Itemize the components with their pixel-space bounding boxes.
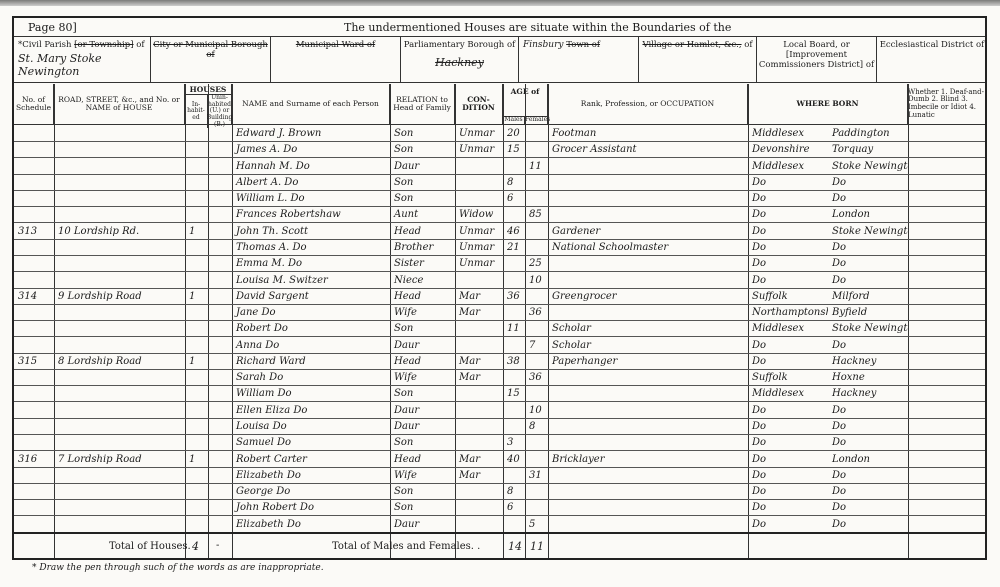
scan-edge (0, 0, 1000, 6)
cell-road: 10 Lordship Rd. (54, 223, 185, 240)
cell-inhab (185, 206, 208, 223)
table-row: Emma M. DoSisterUnmar25DoDo (14, 255, 985, 272)
cell-name: Elizabeth Do (232, 467, 390, 484)
divider (14, 82, 985, 83)
cell-county: Do (748, 190, 828, 207)
cell-schedule (14, 141, 54, 158)
table-row: Elizabeth DoDaur5DoDo (14, 516, 985, 533)
cell-relation: Head (390, 288, 455, 305)
cell-place: London (828, 206, 908, 223)
parliamentary-borough-cell: Parliamentary Borough of Hackney (401, 37, 519, 82)
cell-condition (455, 385, 503, 402)
cell-schedule (14, 125, 54, 142)
cell-male: 6 (503, 190, 525, 207)
persons-total-label: Total of Males and Females. . (332, 541, 480, 552)
census-page: Page 80] The undermentioned Houses are s… (12, 16, 987, 560)
table-row: Anna DoDaur7ScholarDoDo (14, 337, 985, 354)
cell-road (54, 190, 185, 207)
cell-place: Milford (828, 288, 908, 305)
cell-female (525, 141, 548, 158)
cell-road (54, 239, 185, 256)
cell-female (525, 483, 548, 500)
cell-schedule (14, 483, 54, 500)
cell-female (525, 499, 548, 516)
cell-male: 15 (503, 385, 525, 402)
cell-inhab (185, 158, 208, 175)
cell-female (525, 353, 548, 370)
cell-place: Byfield (828, 304, 908, 321)
cell-road: 9 Lordship Road (54, 288, 185, 305)
cell-road: 7 Lordship Road (54, 451, 185, 468)
cell-schedule (14, 499, 54, 516)
civil-parish-cell: *Civil Parish [or Township] of St. Mary … (14, 37, 151, 82)
table-row: John Robert DoSon6DoDo (14, 499, 985, 516)
cell-condition: Mar (455, 467, 503, 484)
cell-occupation (548, 304, 748, 321)
cell-road (54, 158, 185, 175)
cell-county: Do (748, 255, 828, 272)
cell-female (525, 223, 548, 240)
cell-name: Richard Ward (232, 353, 390, 370)
cell-relation: Wife (390, 467, 455, 484)
cell-male (503, 158, 525, 175)
cell-condition: Mar (455, 288, 503, 305)
cell-place: Do (828, 418, 908, 435)
cell-inhab (185, 141, 208, 158)
cell-road: 8 Lordship Road (54, 353, 185, 370)
cell-name: Emma M. Do (232, 255, 390, 272)
cell-condition: Unmar (455, 223, 503, 240)
cell-county: Do (748, 239, 828, 256)
cell-male: 36 (503, 288, 525, 305)
town-cell: Finsbury Town of (519, 37, 639, 82)
table-row: Frances RobertshawAuntWidow85DoLondon (14, 206, 985, 223)
cell-relation: Aunt (390, 206, 455, 223)
cell-relation: Son (390, 141, 455, 158)
cell-inhab (185, 272, 208, 289)
cell-inhab (185, 337, 208, 354)
cell-occupation (548, 206, 748, 223)
cell-condition: Widow (455, 206, 503, 223)
cell-female: 36 (525, 304, 548, 321)
cell-relation: Son (390, 434, 455, 451)
cell-occupation: Footman (548, 125, 748, 142)
cell-county: Do (748, 223, 828, 240)
cell-relation: Daur (390, 402, 455, 419)
cell-county: Do (748, 451, 828, 468)
cell-road (54, 272, 185, 289)
cell-inhab (185, 516, 208, 533)
cell-female: 25 (525, 255, 548, 272)
cell-condition (455, 434, 503, 451)
cell-road (54, 516, 185, 533)
cell-schedule (14, 158, 54, 175)
cell-road (54, 304, 185, 321)
cell-county: Do (748, 337, 828, 354)
cell-road (54, 402, 185, 419)
table-row: 3167 Lordship Road1Robert CarterHeadMar4… (14, 451, 985, 468)
cell-female: 7 (525, 337, 548, 354)
cell-place: Do (828, 499, 908, 516)
cell-occupation (548, 158, 748, 175)
totals-row: Total of Houses. . 4 - Total of Males an… (14, 532, 985, 562)
census-rows: Edward J. BrownSonUnmar20FootmanMiddlese… (14, 125, 985, 532)
cell-road (54, 320, 185, 337)
cell-name: James A. Do (232, 141, 390, 158)
cell-county: Do (748, 418, 828, 435)
cell-schedule: 313 (14, 223, 54, 240)
cell-relation: Daur (390, 158, 455, 175)
cell-name: Frances Robertshaw (232, 206, 390, 223)
cell-occupation (548, 467, 748, 484)
cell-occupation (548, 385, 748, 402)
cell-female (525, 320, 548, 337)
table-row: 3158 Lordship Road1Richard WardHeadMar38… (14, 353, 985, 370)
cell-occupation (548, 434, 748, 451)
cell-place: Do (828, 516, 908, 533)
cell-condition (455, 337, 503, 354)
cell-occupation: National Schoolmaster (548, 239, 748, 256)
cell-name: Albert A. Do (232, 174, 390, 191)
cell-female: 11 (525, 158, 548, 175)
cell-condition (455, 272, 503, 289)
cell-inhab (185, 418, 208, 435)
table-row: Samuel DoSon3DoDo (14, 434, 985, 451)
cell-inhab: 1 (185, 353, 208, 370)
cell-occupation (548, 402, 748, 419)
cell-place: Stoke Newington (828, 320, 908, 337)
cell-inhab (185, 483, 208, 500)
cell-schedule (14, 190, 54, 207)
ecclesiastical-district-cell: Ecclesiastical District of (877, 37, 987, 82)
cell-place: Do (828, 190, 908, 207)
cell-female (525, 174, 548, 191)
cell-place: Do (828, 434, 908, 451)
cell-female (525, 190, 548, 207)
cell-inhab (185, 304, 208, 321)
cell-inhab (185, 369, 208, 386)
table-row: James A. DoSonUnmar15Grocer AssistantDev… (14, 141, 985, 158)
col-females: Females (525, 117, 547, 124)
cell-occupation (548, 255, 748, 272)
cell-place: Stoke Newington (828, 158, 908, 175)
cell-female (525, 239, 548, 256)
cell-relation: Son (390, 385, 455, 402)
cell-county: Middlesex (748, 125, 828, 142)
cell-place: Do (828, 272, 908, 289)
cell-county: Do (748, 516, 828, 533)
col-road: ROAD, STREET, &c., and No. or NAME of HO… (54, 84, 185, 124)
cell-county: Do (748, 499, 828, 516)
cell-occupation (548, 174, 748, 191)
cell-male: 46 (503, 223, 525, 240)
cell-condition (455, 158, 503, 175)
cell-schedule (14, 206, 54, 223)
village-cell: Village or Hamlet, &c., of (639, 37, 757, 82)
cell-inhab (185, 320, 208, 337)
civil-parish-value: St. Mary Stoke Newington (18, 52, 150, 78)
col-males: Males (503, 117, 525, 124)
table-row: Elizabeth DoWifeMar31DoDo (14, 467, 985, 484)
table-row: 3149 Lordship Road1David SargentHeadMar3… (14, 288, 985, 305)
cell-road (54, 483, 185, 500)
cell-condition (455, 516, 503, 533)
cell-relation: Wife (390, 369, 455, 386)
table-row: Thomas A. DoBrotherUnmar21National Schoo… (14, 239, 985, 256)
cell-road (54, 125, 185, 142)
cell-condition: Mar (455, 304, 503, 321)
cell-name: John Th. Scott (232, 223, 390, 240)
cell-occupation: Scholar (548, 320, 748, 337)
cell-name: Anna Do (232, 337, 390, 354)
cell-name: William Do (232, 385, 390, 402)
cell-condition (455, 402, 503, 419)
cell-place: London (828, 451, 908, 468)
cell-schedule: 314 (14, 288, 54, 305)
cell-condition (455, 499, 503, 516)
cell-inhab: 1 (185, 223, 208, 240)
cell-male: 20 (503, 125, 525, 142)
cell-schedule (14, 369, 54, 386)
cell-schedule (14, 385, 54, 402)
cell-male: 40 (503, 451, 525, 468)
cell-occupation: Paperhanger (548, 353, 748, 370)
cell-schedule (14, 516, 54, 533)
cell-occupation: Bricklayer (548, 451, 748, 468)
cell-relation: Sister (390, 255, 455, 272)
cell-occupation: Grocer Assistant (548, 141, 748, 158)
page-number: Page 80] (28, 21, 77, 34)
cell-relation: Son (390, 174, 455, 191)
cell-male: 38 (503, 353, 525, 370)
cell-male: 8 (503, 483, 525, 500)
cell-schedule: 315 (14, 353, 54, 370)
cell-male (503, 402, 525, 419)
cell-condition: Unmar (455, 255, 503, 272)
males-total: 14 (508, 540, 522, 553)
municipal-ward-cell: Municipal Ward of (271, 37, 401, 82)
cell-male (503, 467, 525, 484)
table-row: Ellen Eliza DoDaur10DoDo (14, 402, 985, 419)
cell-place: Torquay (828, 141, 908, 158)
cell-county: Middlesex (748, 158, 828, 175)
cell-female (525, 434, 548, 451)
local-board-cell: Local Board, or [Improvement Commissione… (757, 37, 877, 82)
table-row: Louisa M. SwitzerNiece10DoDo (14, 272, 985, 289)
cell-place: Do (828, 239, 908, 256)
cell-occupation (548, 483, 748, 500)
cell-place: Do (828, 467, 908, 484)
cell-place: Paddington (828, 125, 908, 142)
cell-inhab (185, 385, 208, 402)
cell-schedule (14, 272, 54, 289)
cell-occupation (548, 272, 748, 289)
cell-road (54, 337, 185, 354)
cell-female: 5 (525, 516, 548, 533)
cell-female: 10 (525, 272, 548, 289)
cell-schedule (14, 255, 54, 272)
col-schedule: No. of Schedule (14, 84, 54, 124)
cell-relation: Daur (390, 337, 455, 354)
cell-condition (455, 483, 503, 500)
cell-female: 8 (525, 418, 548, 435)
cell-place: Hackney (828, 385, 908, 402)
cell-schedule (14, 402, 54, 419)
cell-county: Do (748, 353, 828, 370)
table-row: Sarah DoWifeMar36SuffolkHoxne (14, 369, 985, 386)
cell-road (54, 255, 185, 272)
cell-schedule (14, 320, 54, 337)
table-row: Robert DoSon11ScholarMiddlesexStoke Newi… (14, 320, 985, 337)
table-row: Louisa DoDaur8DoDo (14, 418, 985, 435)
cell-male (503, 304, 525, 321)
table-row: William DoSon15MiddlesexHackney (14, 385, 985, 402)
houses-total-label: Total of Houses. . (109, 541, 197, 552)
cell-name: Louisa M. Switzer (232, 272, 390, 289)
cell-county: Suffolk (748, 369, 828, 386)
cell-inhab: 1 (185, 451, 208, 468)
cell-name: Jane Do (232, 304, 390, 321)
cell-county: Devonshire (748, 141, 828, 158)
cell-schedule (14, 434, 54, 451)
cell-male: 8 (503, 174, 525, 191)
col-infirmity: Whether 1. Deaf-and-Dumb 2. Blind 3. Imb… (908, 84, 987, 124)
cell-county: Middlesex (748, 320, 828, 337)
cell-county: Do (748, 467, 828, 484)
cell-name: Ellen Eliza Do (232, 402, 390, 419)
cell-female: 85 (525, 206, 548, 223)
cell-relation: Niece (390, 272, 455, 289)
cell-inhab (185, 190, 208, 207)
table-row: 31310 Lordship Rd.1John Th. ScottHeadUnm… (14, 223, 985, 240)
cell-name: Sarah Do (232, 369, 390, 386)
cell-inhab (185, 174, 208, 191)
cell-male (503, 255, 525, 272)
page-title: The undermentioned Houses are situate wi… (344, 21, 731, 34)
cell-schedule: 316 (14, 451, 54, 468)
cell-male (503, 418, 525, 435)
cell-road (54, 467, 185, 484)
cell-male: 21 (503, 239, 525, 256)
cell-relation: Brother (390, 239, 455, 256)
cell-name: Louisa Do (232, 418, 390, 435)
cell-road (54, 174, 185, 191)
cell-female (525, 125, 548, 142)
cell-name: David Sargent (232, 288, 390, 305)
cell-occupation (548, 516, 748, 533)
cell-male: 3 (503, 434, 525, 451)
cell-inhab (185, 434, 208, 451)
cell-female: 36 (525, 369, 548, 386)
cell-occupation: Gardener (548, 223, 748, 240)
cell-place: Do (828, 255, 908, 272)
females-total: 11 (530, 540, 544, 553)
cell-county: Northamptonshire (748, 304, 828, 321)
parliamentary-borough-value: Hackney (401, 56, 518, 69)
cell-road (54, 141, 185, 158)
houses-uninhabited-total: - (216, 540, 219, 551)
cell-schedule (14, 467, 54, 484)
cell-name: Hannah M. Do (232, 158, 390, 175)
cell-road (54, 499, 185, 516)
col-occupation: Rank, Profession, or OCCUPATION (548, 84, 748, 124)
municipal-borough-cell: City or Municipal Borough of (151, 37, 271, 82)
cell-male (503, 272, 525, 289)
cell-male (503, 369, 525, 386)
cell-schedule (14, 418, 54, 435)
cell-name: William L. Do (232, 190, 390, 207)
cell-place: Stoke Newington (828, 223, 908, 240)
cell-male: 11 (503, 320, 525, 337)
cell-relation: Son (390, 499, 455, 516)
cell-road (54, 418, 185, 435)
cell-occupation: Greengrocer (548, 288, 748, 305)
cell-relation: Son (390, 125, 455, 142)
cell-name: Samuel Do (232, 434, 390, 451)
cell-county: Do (748, 483, 828, 500)
col-where-born: WHERE BORN (748, 84, 908, 124)
cell-county: Do (748, 206, 828, 223)
cell-condition (455, 418, 503, 435)
cell-place: Hoxne (828, 369, 908, 386)
cell-occupation (548, 499, 748, 516)
table-row: Edward J. BrownSonUnmar20FootmanMiddlese… (14, 125, 985, 142)
cell-female (525, 451, 548, 468)
cell-relation: Son (390, 483, 455, 500)
cell-name: Thomas A. Do (232, 239, 390, 256)
cell-relation: Son (390, 320, 455, 337)
cell-county: Do (748, 434, 828, 451)
houses-inhabited-total: 4 (192, 540, 199, 553)
cell-road (54, 206, 185, 223)
cell-relation: Son (390, 190, 455, 207)
cell-condition: Unmar (455, 125, 503, 142)
cell-schedule (14, 239, 54, 256)
cell-relation: Wife (390, 304, 455, 321)
cell-condition: Mar (455, 353, 503, 370)
cell-county: Do (748, 402, 828, 419)
cell-inhab (185, 467, 208, 484)
cell-inhab (185, 255, 208, 272)
cell-schedule (14, 304, 54, 321)
cell-relation: Head (390, 223, 455, 240)
col-relation: RELATION to Head of Family (390, 84, 455, 124)
cell-name: Robert Carter (232, 451, 390, 468)
cell-road (54, 369, 185, 386)
cell-inhab: 1 (185, 288, 208, 305)
cell-occupation (548, 369, 748, 386)
table-row: Hannah M. DoDaur11MiddlesexStoke Newingt… (14, 158, 985, 175)
cell-occupation (548, 418, 748, 435)
cell-place: Do (828, 174, 908, 191)
cell-male: 6 (503, 499, 525, 516)
cell-county: Do (748, 174, 828, 191)
cell-male (503, 206, 525, 223)
cell-male: 15 (503, 141, 525, 158)
cell-condition: Unmar (455, 239, 503, 256)
cell-inhab (185, 402, 208, 419)
cell-relation: Daur (390, 516, 455, 533)
cell-inhab (185, 499, 208, 516)
cell-road (54, 385, 185, 402)
cell-county: Suffolk (748, 288, 828, 305)
table-row: George DoSon8DoDo (14, 483, 985, 500)
table-row: Jane DoWifeMar36NorthamptonshireByfield (14, 304, 985, 321)
cell-female: 31 (525, 467, 548, 484)
cell-condition (455, 320, 503, 337)
cell-county: Middlesex (748, 385, 828, 402)
cell-name: Elizabeth Do (232, 516, 390, 533)
